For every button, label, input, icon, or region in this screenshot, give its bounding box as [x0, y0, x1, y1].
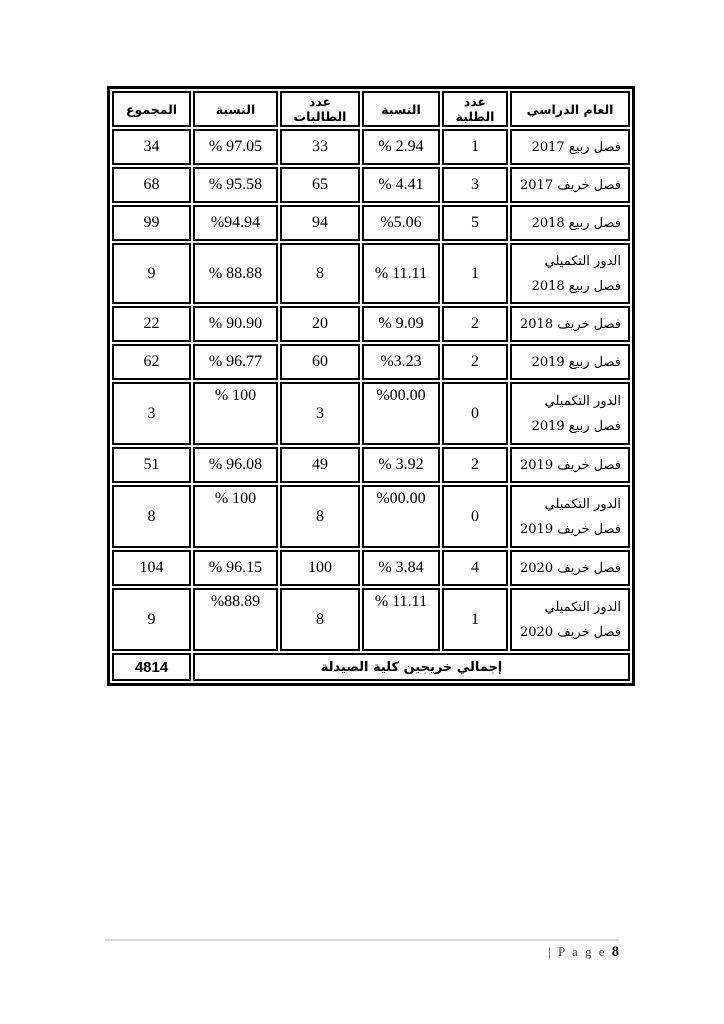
academic-term-text: الدور التكميليفصل ربيع 2019: [514, 389, 621, 439]
academic-term-text: فصل ربيع 2019: [514, 354, 621, 371]
cell-male-pct: % 4.41: [362, 167, 440, 203]
cell-male-pct: % 3.92: [362, 447, 440, 483]
cell-academic-term: الدور التكميليفصل ربيع 2018: [510, 243, 630, 304]
academic-term-text: الدور التكميليفصل ربيع 2018: [514, 249, 621, 299]
cell-academic-term: فصل خريف 2019: [510, 447, 630, 483]
header-cell-male-count: عدد الطلبة: [442, 91, 508, 127]
cell-total: 9: [112, 588, 191, 651]
cell-male-count: 2: [442, 306, 508, 342]
cell-academic-term: فصل خريف 2018: [510, 306, 630, 342]
table-row: فصل خريف 2018 2 % 9.09 20 % 90.90 22: [112, 306, 630, 342]
cell-male-count: 5: [442, 205, 508, 241]
academic-term-text: فصل خريف 2019: [514, 457, 621, 474]
table-total-section: إجمالي خريجين كلية الصيدلة 4814: [112, 653, 630, 681]
cell-total: 51: [112, 447, 191, 483]
academic-term-text: الدور التكميليفصل خريف 2019: [514, 492, 621, 542]
cell-male-count: 0: [442, 382, 508, 445]
cell-male-pct: % 3.84: [362, 550, 440, 586]
header-cell-female-count: عدد الطالبات: [280, 91, 360, 127]
cell-female-count: 65: [280, 167, 360, 203]
table-row: فصل ربيع 2017 1 % 2.94 33 % 97.05 34: [112, 129, 630, 165]
cell-total: 22: [112, 306, 191, 342]
cell-total: 62: [112, 344, 191, 380]
cell-male-count: 2: [442, 344, 508, 380]
academic-term-text: الدور التكميليفصل خريف 2020: [514, 595, 621, 645]
table-row: فصل خريف 2017 3 % 4.41 65 % 95.58 68: [112, 167, 630, 203]
header-row: العام الدراسي عدد الطلبة النسبة عدد الطا…: [112, 91, 630, 127]
cell-female-count: 8: [280, 485, 360, 548]
cell-female-pct: % 100: [193, 485, 278, 548]
cell-male-count: 1: [442, 243, 508, 304]
footer-rule: [105, 939, 619, 941]
cell-total: 68: [112, 167, 191, 203]
document-page: العام الدراسي عدد الطلبة النسبة عدد الطا…: [0, 0, 724, 1024]
cell-female-count: 3: [280, 382, 360, 445]
cell-total: 9: [112, 243, 191, 304]
footer-text: | P a g e 8: [105, 944, 619, 961]
cell-academic-term: الدور التكميليفصل ربيع 2019: [510, 382, 630, 445]
cell-female-count: 100: [280, 550, 360, 586]
page-footer: | P a g e 8: [105, 939, 619, 961]
academic-term-text: فصل خريف 2020: [514, 560, 621, 577]
cell-female-pct: % 90.90: [193, 306, 278, 342]
table-row: فصل ربيع 2018 5 %5.06 94 %94.94 99: [112, 205, 630, 241]
cell-female-pct: %88.89: [193, 588, 278, 651]
academic-term-text: فصل ربيع 2017: [514, 139, 621, 156]
cell-male-count: 3: [442, 167, 508, 203]
cell-female-pct: %94.94: [193, 205, 278, 241]
cell-male-count: 2: [442, 447, 508, 483]
table-row: فصل خريف 2019 2 % 3.92 49 % 96.08 51: [112, 447, 630, 483]
total-row: إجمالي خريجين كلية الصيدلة 4814: [112, 653, 630, 681]
cell-male-pct: %3.23: [362, 344, 440, 380]
total-value-cell: 4814: [112, 653, 191, 681]
cell-male-count: 0: [442, 485, 508, 548]
table-row: الدور التكميليفصل خريف 2019 0 %00.00 8 %…: [112, 485, 630, 548]
cell-academic-term: فصل خريف 2020: [510, 550, 630, 586]
cell-female-count: 33: [280, 129, 360, 165]
cell-female-pct: % 96.08: [193, 447, 278, 483]
cell-total: 104: [112, 550, 191, 586]
cell-female-pct: % 96.77: [193, 344, 278, 380]
cell-academic-term: فصل ربيع 2019: [510, 344, 630, 380]
cell-female-pct: % 97.05: [193, 129, 278, 165]
cell-male-count: 1: [442, 129, 508, 165]
cell-academic-term: فصل ربيع 2017: [510, 129, 630, 165]
cell-total: 34: [112, 129, 191, 165]
cell-male-pct: % 11.11: [362, 243, 440, 304]
cell-total: 3: [112, 382, 191, 445]
cell-male-pct: % 9.09: [362, 306, 440, 342]
cell-male-pct: % 2.94: [362, 129, 440, 165]
cell-male-pct: %5.06: [362, 205, 440, 241]
cell-total: 8: [112, 485, 191, 548]
header-cell-total: المجموع: [112, 91, 191, 127]
cell-female-pct: % 100: [193, 382, 278, 445]
cell-female-count: 94: [280, 205, 360, 241]
cell-total: 99: [112, 205, 191, 241]
cell-female-pct: % 96.15: [193, 550, 278, 586]
academic-term-text: فصل خريف 2018: [514, 316, 621, 333]
cell-male-count: 1: [442, 588, 508, 651]
cell-female-count: 60: [280, 344, 360, 380]
cell-academic-term: فصل ربيع 2018: [510, 205, 630, 241]
header-cell-academic-year: العام الدراسي: [510, 91, 630, 127]
table-row: الدور التكميليفصل ربيع 2018 1 % 11.11 8 …: [112, 243, 630, 304]
cell-female-count: 20: [280, 306, 360, 342]
cell-academic-term: فصل خريف 2017: [510, 167, 630, 203]
cell-female-count: 8: [280, 588, 360, 651]
footer-label: | P a g e: [548, 944, 606, 959]
academic-term-text: فصل خريف 2017: [514, 177, 621, 194]
table-header: العام الدراسي عدد الطلبة النسبة عدد الطا…: [112, 91, 630, 127]
table-row: فصل خريف 2020 4 % 3.84 100 % 96.15 104: [112, 550, 630, 586]
graduates-table: العام الدراسي عدد الطلبة النسبة عدد الطا…: [107, 86, 635, 686]
cell-academic-term: الدور التكميليفصل خريف 2019: [510, 485, 630, 548]
header-cell-female-pct: النسبة: [193, 91, 278, 127]
total-label-cell: إجمالي خريجين كلية الصيدلة: [193, 653, 630, 681]
academic-term-text: فصل ربيع 2018: [514, 215, 621, 232]
cell-female-pct: % 88.88: [193, 243, 278, 304]
cell-male-count: 4: [442, 550, 508, 586]
cell-male-pct: %00.00: [362, 382, 440, 445]
cell-male-pct: % 11.11: [362, 588, 440, 651]
cell-female-count: 8: [280, 243, 360, 304]
cell-academic-term: الدور التكميليفصل خريف 2020: [510, 588, 630, 651]
table-row: الدور التكميليفصل ربيع 2019 0 %00.00 3 %…: [112, 382, 630, 445]
header-cell-male-pct: النسبة: [362, 91, 440, 127]
cell-female-pct: % 95.58: [193, 167, 278, 203]
cell-male-pct: %00.00: [362, 485, 440, 548]
table-row: فصل ربيع 2019 2 %3.23 60 % 96.77 62: [112, 344, 630, 380]
page-number: 8: [612, 944, 619, 960]
cell-female-count: 49: [280, 447, 360, 483]
table-row: الدور التكميليفصل خريف 2020 1 % 11.11 8 …: [112, 588, 630, 651]
table-body: فصل ربيع 2017 1 % 2.94 33 % 97.05 34 فصل…: [112, 129, 630, 651]
